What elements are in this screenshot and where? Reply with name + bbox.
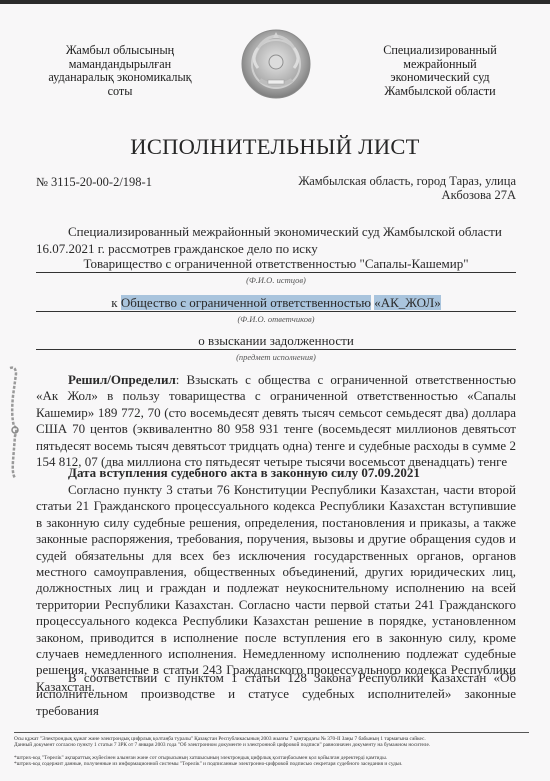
enforcement-text: В соответствии с пунктом 1 статьи 128 За…: [36, 670, 516, 719]
intro-line-2: 16.07.2021 г. рассмотрев гражданское дел…: [36, 241, 516, 258]
header-right-line: Специализированный: [360, 44, 520, 58]
footer-divider: [14, 732, 529, 733]
court-name-russian: Специализированный межрайонный экономиче…: [360, 44, 520, 98]
case-number: № 3115-20-00-2/198-1: [36, 175, 152, 190]
intro-text: Специализированный межрайонный экономиче…: [36, 224, 516, 257]
effective-date-value: 07.09.2021: [361, 465, 420, 480]
header-left-line: Жамбыл облысының: [40, 44, 200, 58]
court-address: Жамбылская область, город Тараз, улица А…: [298, 175, 516, 202]
constitution-text: Согласно пункту 3 статьи 76 Конституции …: [36, 482, 516, 695]
binding-thread-icon: [6, 366, 22, 481]
header-left-line: соты: [40, 85, 200, 99]
address-line: Акбозова 27А: [298, 189, 516, 203]
state-emblem-icon: [240, 28, 312, 100]
defendant-name-selected[interactable]: Общество с ограниченной ответственностью: [121, 295, 371, 310]
header-left-line: мамандандырылған: [40, 58, 200, 72]
defendant-field[interactable]: к Общество с ограниченной ответственност…: [36, 295, 516, 312]
effective-date-label: Дата вступления судебного акта в законну…: [68, 465, 358, 480]
footer-notes: Осы құжат "Электрондық құжат және электр…: [14, 736, 529, 767]
plaintiff-caption: (Ф.И.О. истцов): [36, 275, 516, 285]
document-page: Жамбыл облысының мамандандырылған аудана…: [0, 4, 550, 781]
effective-date-paragraph: Дата вступления судебного акта в законну…: [36, 465, 516, 481]
header-right-line: Жамбылской области: [360, 85, 520, 99]
header-right-line: межрайонный: [360, 58, 520, 72]
defendant-prefix: к: [111, 295, 117, 310]
decision-paragraph: Решил/Определил: Взыскать с общества с о…: [36, 372, 516, 470]
header-right-line: экономический суд: [360, 71, 520, 85]
decision-label: Решил/Определил: [68, 372, 176, 387]
subject-caption: (предмет исполнения): [36, 352, 516, 362]
plaintiff-field[interactable]: Товарищество с ограниченной ответственно…: [36, 256, 516, 273]
defendant-short-name-selected[interactable]: «АК_ЖОЛ»: [374, 295, 440, 310]
subject-field[interactable]: о взыскании задолженности: [36, 333, 516, 350]
footer-ru-barcode: *штрих-код содержит данные, полученные и…: [14, 761, 529, 767]
enforcement-paragraph: В соответствии с пунктом 1 статьи 128 За…: [36, 670, 516, 719]
constitution-paragraph: Согласно пункту 3 статьи 76 Конституции …: [36, 482, 516, 695]
court-name-kazakh: Жамбыл облысының мамандандырылған аудана…: [40, 44, 200, 98]
defendant-caption: (Ф.И.О. ответчиков): [36, 314, 516, 324]
intro-line-1: Специализированный межрайонный экономиче…: [36, 224, 516, 241]
address-line: Жамбылская область, город Тараз, улица: [298, 175, 516, 189]
header-left-line: ауданаралық экономикалық: [40, 71, 200, 85]
document-title: ИСПОЛНИТЕЛЬНЫЙ ЛИСТ: [0, 134, 550, 160]
